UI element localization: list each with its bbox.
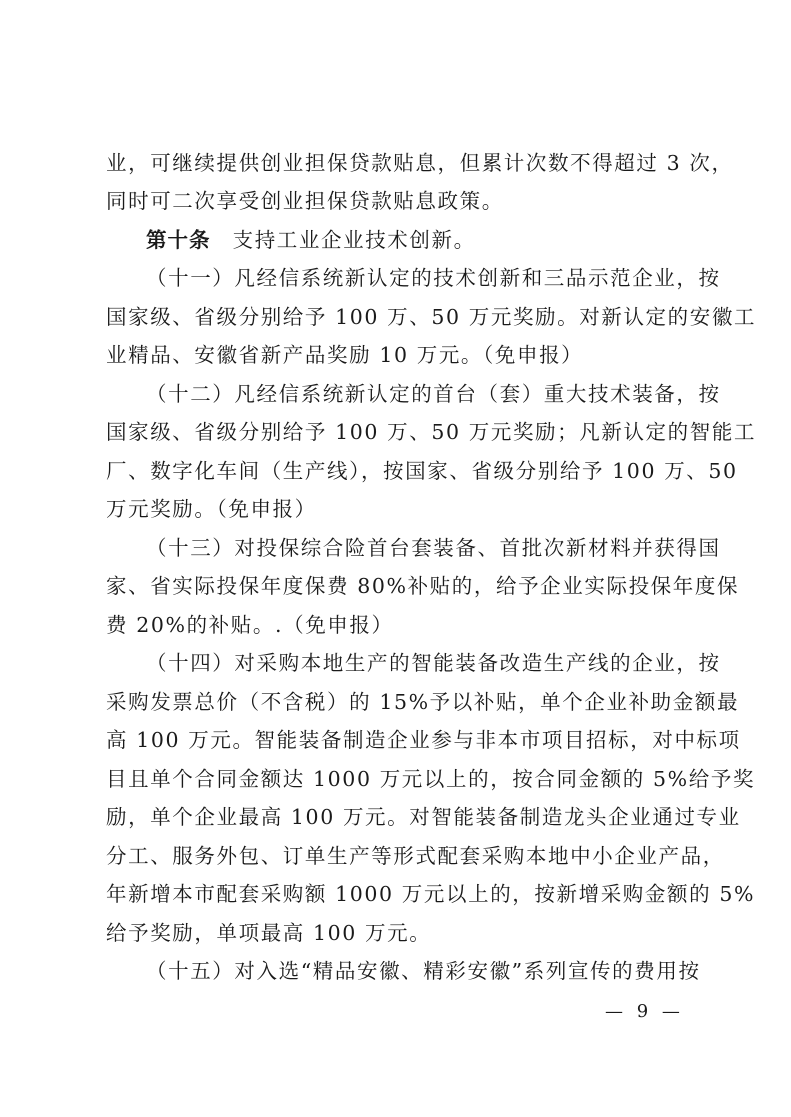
text-line: 万元奖励。（免申报）: [106, 497, 690, 521]
text-line: 费 20%的补贴。.（免申报）: [106, 613, 690, 637]
text-line: （十二）凡经信系统新认定的首台（套）重大技术装备，按: [146, 382, 690, 406]
article-number: 第十条: [146, 228, 211, 252]
text-line: 采购发票总价（不含税）的 15%予以补贴，单个企业补助金额最: [106, 690, 690, 714]
text-line: 业精品、安徽省新产品奖励 10 万元。（免申报）: [106, 343, 690, 367]
text-line: 高 100 万元。智能装备制造企业参与非本市项目招标，对中标项: [106, 728, 690, 752]
text-line: （十一）凡经信系统新认定的技术创新和三品示范企业，按: [146, 266, 690, 290]
text-line: （十四）对采购本地生产的智能装备改造生产线的企业，按: [146, 651, 690, 675]
text-line: 分工、服务外包、订单生产等形式配套采购本地中小企业产品，: [106, 844, 690, 868]
text-line: 励，单个企业最高 100 万元。对智能装备制造龙头企业通过专业: [106, 805, 690, 829]
text-line: 业，可继续提供创业担保贷款贴息，但累计次数不得超过 3 次，: [106, 151, 690, 175]
text-line: 国家级、省级分别给予 100 万、50 万元奖励；凡新认定的智能工: [106, 420, 690, 444]
text-line: 年新增本市配套采购额 1000 万元以上的，按新增采购金额的 5%: [106, 882, 690, 906]
document-page: 业，可继续提供创业担保贷款贴息，但累计次数不得超过 3 次， 同时可二次享受创业…: [0, 0, 791, 1117]
text-line: 给予奖励，单项最高 100 万元。: [106, 921, 690, 945]
text-line: 同时可二次享受创业担保贷款贴息政策。: [106, 189, 690, 213]
text-line: 目且单个合同金额达 1000 万元以上的，按合同金额的 5%给予奖: [106, 767, 690, 791]
text-line: 厂、数字化车间（生产线），按国家、省级分别给予 100 万、50: [106, 459, 690, 483]
text-line: 家、省实际投保年度保费 80%补贴的，给予企业实际投保年度保: [106, 574, 690, 598]
article-heading: 第十条 支持工业企业技术创新。: [146, 228, 690, 252]
text-line: （十五）对入选“精品安徽、精彩安徽”系列宣传的费用按: [146, 959, 690, 983]
page-number: — 9 —: [605, 1001, 684, 1022]
text-line: （十三）对投保综合险首台套装备、首批次新材料并获得国: [146, 536, 690, 560]
article-title: 支持工业企业技术创新。: [211, 228, 476, 252]
text-line: 国家级、省级分别给予 100 万、50 万元奖励。对新认定的安徽工: [106, 305, 690, 329]
